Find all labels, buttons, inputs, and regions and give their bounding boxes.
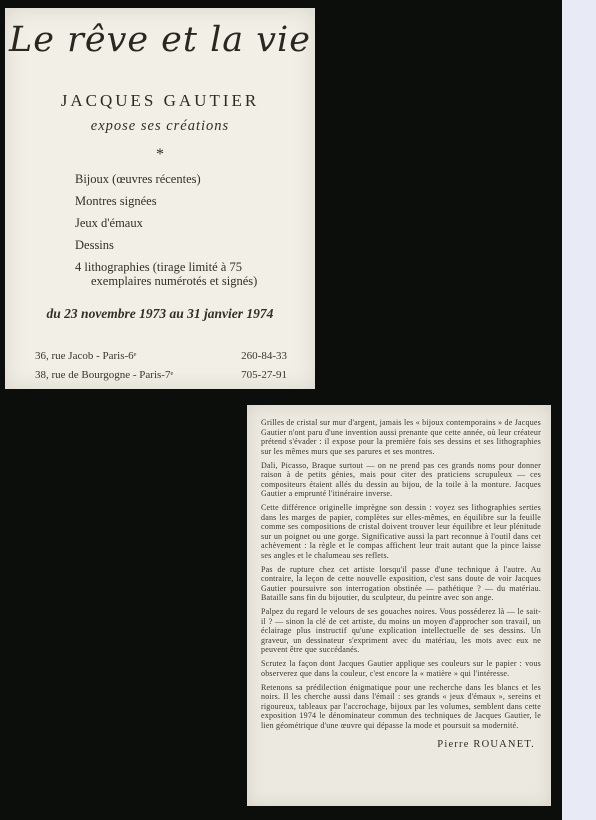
press-text-sheet: Grilles de cristal sur mur d'argent, jam…	[247, 405, 551, 806]
address-phone: 260-84-33	[241, 350, 287, 362]
work-item-emaux: Jeux d'émaux	[75, 217, 297, 231]
press-paragraph-1: Grilles de cristal sur mur d'argent, jam…	[261, 418, 541, 456]
address-row: 36, rue Jacob - Paris-6ᵉ 260-84-33	[35, 350, 287, 362]
press-paragraph-2: Dali, Picasso, Braque surtout — on ne pr…	[261, 461, 541, 499]
asterisk-separator: *	[5, 146, 315, 164]
exhibition-subtitle: expose ses créations	[5, 118, 315, 135]
work-item-montres: Montres signées	[75, 195, 297, 209]
invitation-card: Le rêve et la vie JACQUES GAUTIER expose…	[5, 8, 315, 389]
artist-name: JACQUES GAUTIER	[5, 91, 315, 111]
press-paragraph-7: Retenons sa prédilection énigmatique pou…	[261, 683, 541, 731]
author-signature: Pierre ROUANET.	[261, 739, 541, 750]
works-list: Bijoux (œuvres récentes) Montres signées…	[75, 173, 297, 297]
press-paragraph-6: Scrutez la façon dont Jacques Gautier ap…	[261, 659, 541, 678]
press-paragraph-3: Cette différence originelle imprègne son…	[261, 503, 541, 560]
scanner-edge-strip	[562, 0, 596, 820]
press-paragraph-5: Palpez du regard le velours de ses gouac…	[261, 607, 541, 655]
work-item-lithographies: 4 lithographies (tirage limité à 75 exem…	[75, 261, 297, 288]
address-street: 36, rue Jacob - Paris-6ᵉ	[35, 350, 137, 362]
work-item-bijoux: Bijoux (œuvres récentes)	[75, 173, 297, 187]
exhibition-title: Le rêve et la vie	[5, 20, 315, 60]
scan-background: Le rêve et la vie JACQUES GAUTIER expose…	[0, 0, 596, 820]
address-phone: 705-27-91	[241, 369, 287, 381]
exhibition-dates: du 23 novembre 1973 au 31 janvier 1974	[5, 306, 315, 322]
address-block: 36, rue Jacob - Paris-6ᵉ 260-84-33 38, r…	[35, 350, 287, 388]
press-paragraph-4: Pas de rupture chez cet artiste lorsqu'i…	[261, 565, 541, 603]
address-row: 38, rue de Bourgogne - Paris-7ᵉ 705-27-9…	[35, 369, 287, 381]
address-street: 38, rue de Bourgogne - Paris-7ᵉ	[35, 369, 173, 381]
work-item-dessins: Dessins	[75, 239, 297, 253]
